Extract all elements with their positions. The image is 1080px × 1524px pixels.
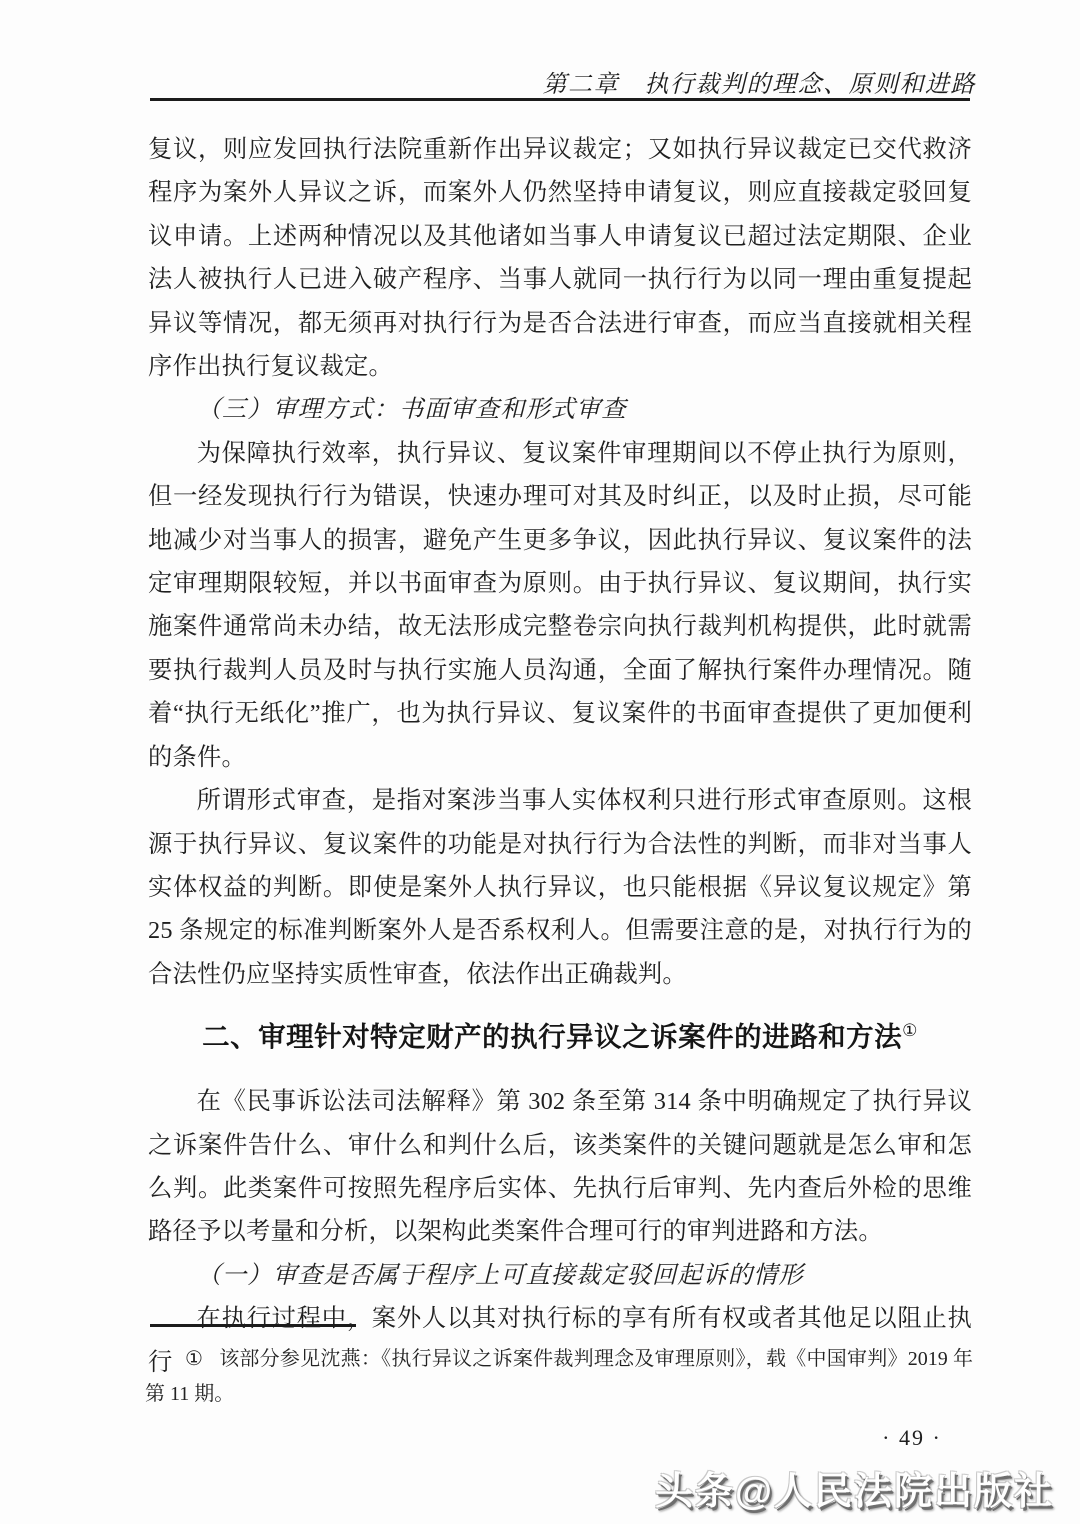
section-heading-2-text: 二、审理针对特定财产的执行异议之诉案件的进路和方法 <box>202 1021 902 1052</box>
paragraph-civil-procedure: 在《民事诉讼法司法解释》第 302 条至第 314 条中明确规定了执行异议之诉案… <box>148 1080 972 1254</box>
header-divider-line <box>150 98 970 101</box>
subsection-heading-1: （一）审查是否属于程序上可直接裁定驳回起诉的情形 <box>148 1254 972 1297</box>
page-number: · 49 · <box>862 1425 962 1451</box>
publisher-watermark: 头条@人民法院出版社 <box>655 1460 1054 1515</box>
book-page: 第二章 执行裁判的理念、原则和进路 复议，则应发回执行法院重新作出异议裁定；又如… <box>0 0 1080 1524</box>
footnote: ①该部分参见沈燕：《执行异议之诉案件裁判理念及审理原则》，载《中国审判》2019… <box>145 1342 973 1411</box>
footnote-reference-icon: ① <box>902 1021 918 1040</box>
subsection-heading-3: （三）审理方式：书面审查和形式审查 <box>148 388 972 431</box>
paragraph-continuation: 复议，则应发回执行法院重新作出异议裁定；又如执行异议裁定已交代救济程序为案外人异… <box>148 128 972 388</box>
footnote-marker: ① <box>185 1348 203 1370</box>
paragraph-review-efficiency: 为保障执行效率，执行异议、复议案件审理期间以不停止执行为原则，但一经发现执行行为… <box>148 432 972 779</box>
page-body: 复议，则应发回执行法院重新作出异议裁定；又如执行异议裁定已交代救济程序为案外人异… <box>148 128 972 1384</box>
footnote-text: 该部分参见沈燕：《执行异议之诉案件裁判理念及审理原则》，载《中国审判》2019 … <box>145 1348 973 1405</box>
footnote-divider-line <box>150 1324 356 1327</box>
chapter-running-head: 第二章 执行裁判的理念、原则和进路 <box>148 64 976 99</box>
paragraph-formal-review: 所谓形式审查，是指对案涉当事人实体权利只进行形式审查原则。这根源于执行异议、复议… <box>148 779 972 996</box>
section-heading-2: 二、审理针对特定财产的执行异议之诉案件的进路和方法① <box>148 1012 972 1062</box>
